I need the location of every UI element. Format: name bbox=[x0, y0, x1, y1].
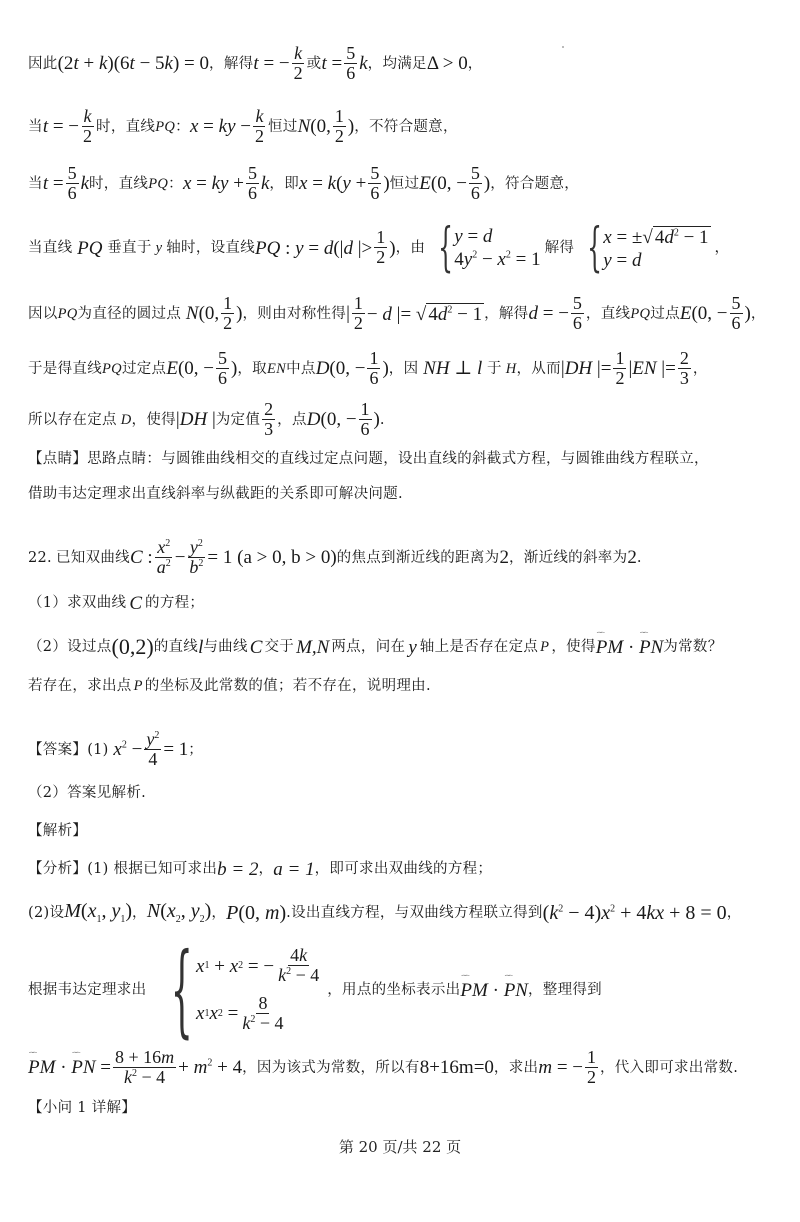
equation-system-1: { y = d 4y2 − x2 = 1 bbox=[429, 222, 540, 274]
analysis-label: 【解析】 bbox=[28, 824, 87, 839]
problem-22-stem: 22. 已知双曲线 C : x2a2 − y2b2 = 1 (a > 0, b … bbox=[28, 538, 642, 578]
page-footer: 第 20 页/共 22 页 bbox=[0, 1136, 800, 1157]
solution-line-7: 所以存在定点 D ，使得 |DH | 为定值 23 ，点 D(0, − 16 )… bbox=[28, 400, 385, 440]
solution-system: { x = ±√4d2 − 1 y = d bbox=[578, 222, 710, 274]
result-line: PM · PN = 8 + 16mk2 − 4 + m2 + 4 ，因为该式为常… bbox=[28, 1048, 738, 1088]
solution-line-3: 当 t = 56 k 时，直线 PQ ： x = ky + 56 k ，即 x … bbox=[28, 164, 579, 204]
solution-line-2: 当 t = − k2 时，直线 PQ ： x = ky − k2 恒过 N(0,… bbox=[28, 107, 458, 147]
dianjing-note-cont: 借助韦达定理求出直线斜率与纵截距的关系即可解决问题. bbox=[28, 487, 403, 502]
dianjing-note: 【点睛】思路点睛：与圆锥曲线相交的直线过定点问题，设出直线的斜截式方程，与圆锥曲… bbox=[28, 452, 709, 467]
factored-equation: (2t + k)(6t − 5k) = 0 bbox=[58, 54, 209, 73]
problem-22-part-2: （2）设过点 (0,2) 的直线 l 与曲线 C 交于 M,N 两点，问在 y … bbox=[28, 636, 723, 658]
solution-line-5: 因以 PQ 为直径的圆过点 N(0, 12 ) ，则由对称性得 | 12 − d… bbox=[28, 294, 766, 334]
answer-part-1: 【答案】 (1) x2 − y24 = 1 ； bbox=[28, 730, 203, 770]
solution-line-4: 当直线 PQ 垂直于 y 轴时，设直线 PQ : y = d(|d |> 12 … bbox=[28, 222, 729, 274]
scan-speck bbox=[562, 46, 564, 48]
sub-question-1-heading: 【小问 1 详解】 bbox=[28, 1101, 136, 1116]
vector-dot-product: PM · PN bbox=[596, 638, 664, 657]
solution-line-1: 因此 (2t + k)(6t − 5k) = 0 ，解得 t = − k2 或 … bbox=[28, 44, 483, 84]
solution-line-6: 于是得直线 PQ 过定点 E(0, − 56 ) ，取 EN 中点 D(0, −… bbox=[28, 349, 708, 389]
analysis-part-1: 【分析】 (1) 根据已知可求出 b = 2 ， a = 1 ，即可求出双曲线的… bbox=[28, 860, 492, 879]
problem-22-part-1: （1）求双曲线 C 的方程； bbox=[28, 594, 204, 613]
vieta-line: 根据韦达定理求出 { x1 + x2 = −4kk2 − 4 x1x2 =8k2… bbox=[28, 940, 602, 1040]
vieta-system: { x1 + x2 = −4kk2 − 4 x1x2 =8k2 − 4 bbox=[150, 940, 323, 1040]
fraction-k-over-2: k2 bbox=[292, 44, 305, 84]
answer-part-2: （2）答案见解析. bbox=[28, 786, 146, 801]
analysis-part-2: (2)设 M(x1, y1) ， N(x2, y2) ， P(0, m) .设出… bbox=[28, 901, 742, 925]
problem-22-part-2-cont: 若存在，求出点 P 的坐标及此常数的值；若不存在，说明理由. bbox=[28, 679, 431, 694]
fraction-5-over-6: 56 bbox=[344, 44, 357, 84]
